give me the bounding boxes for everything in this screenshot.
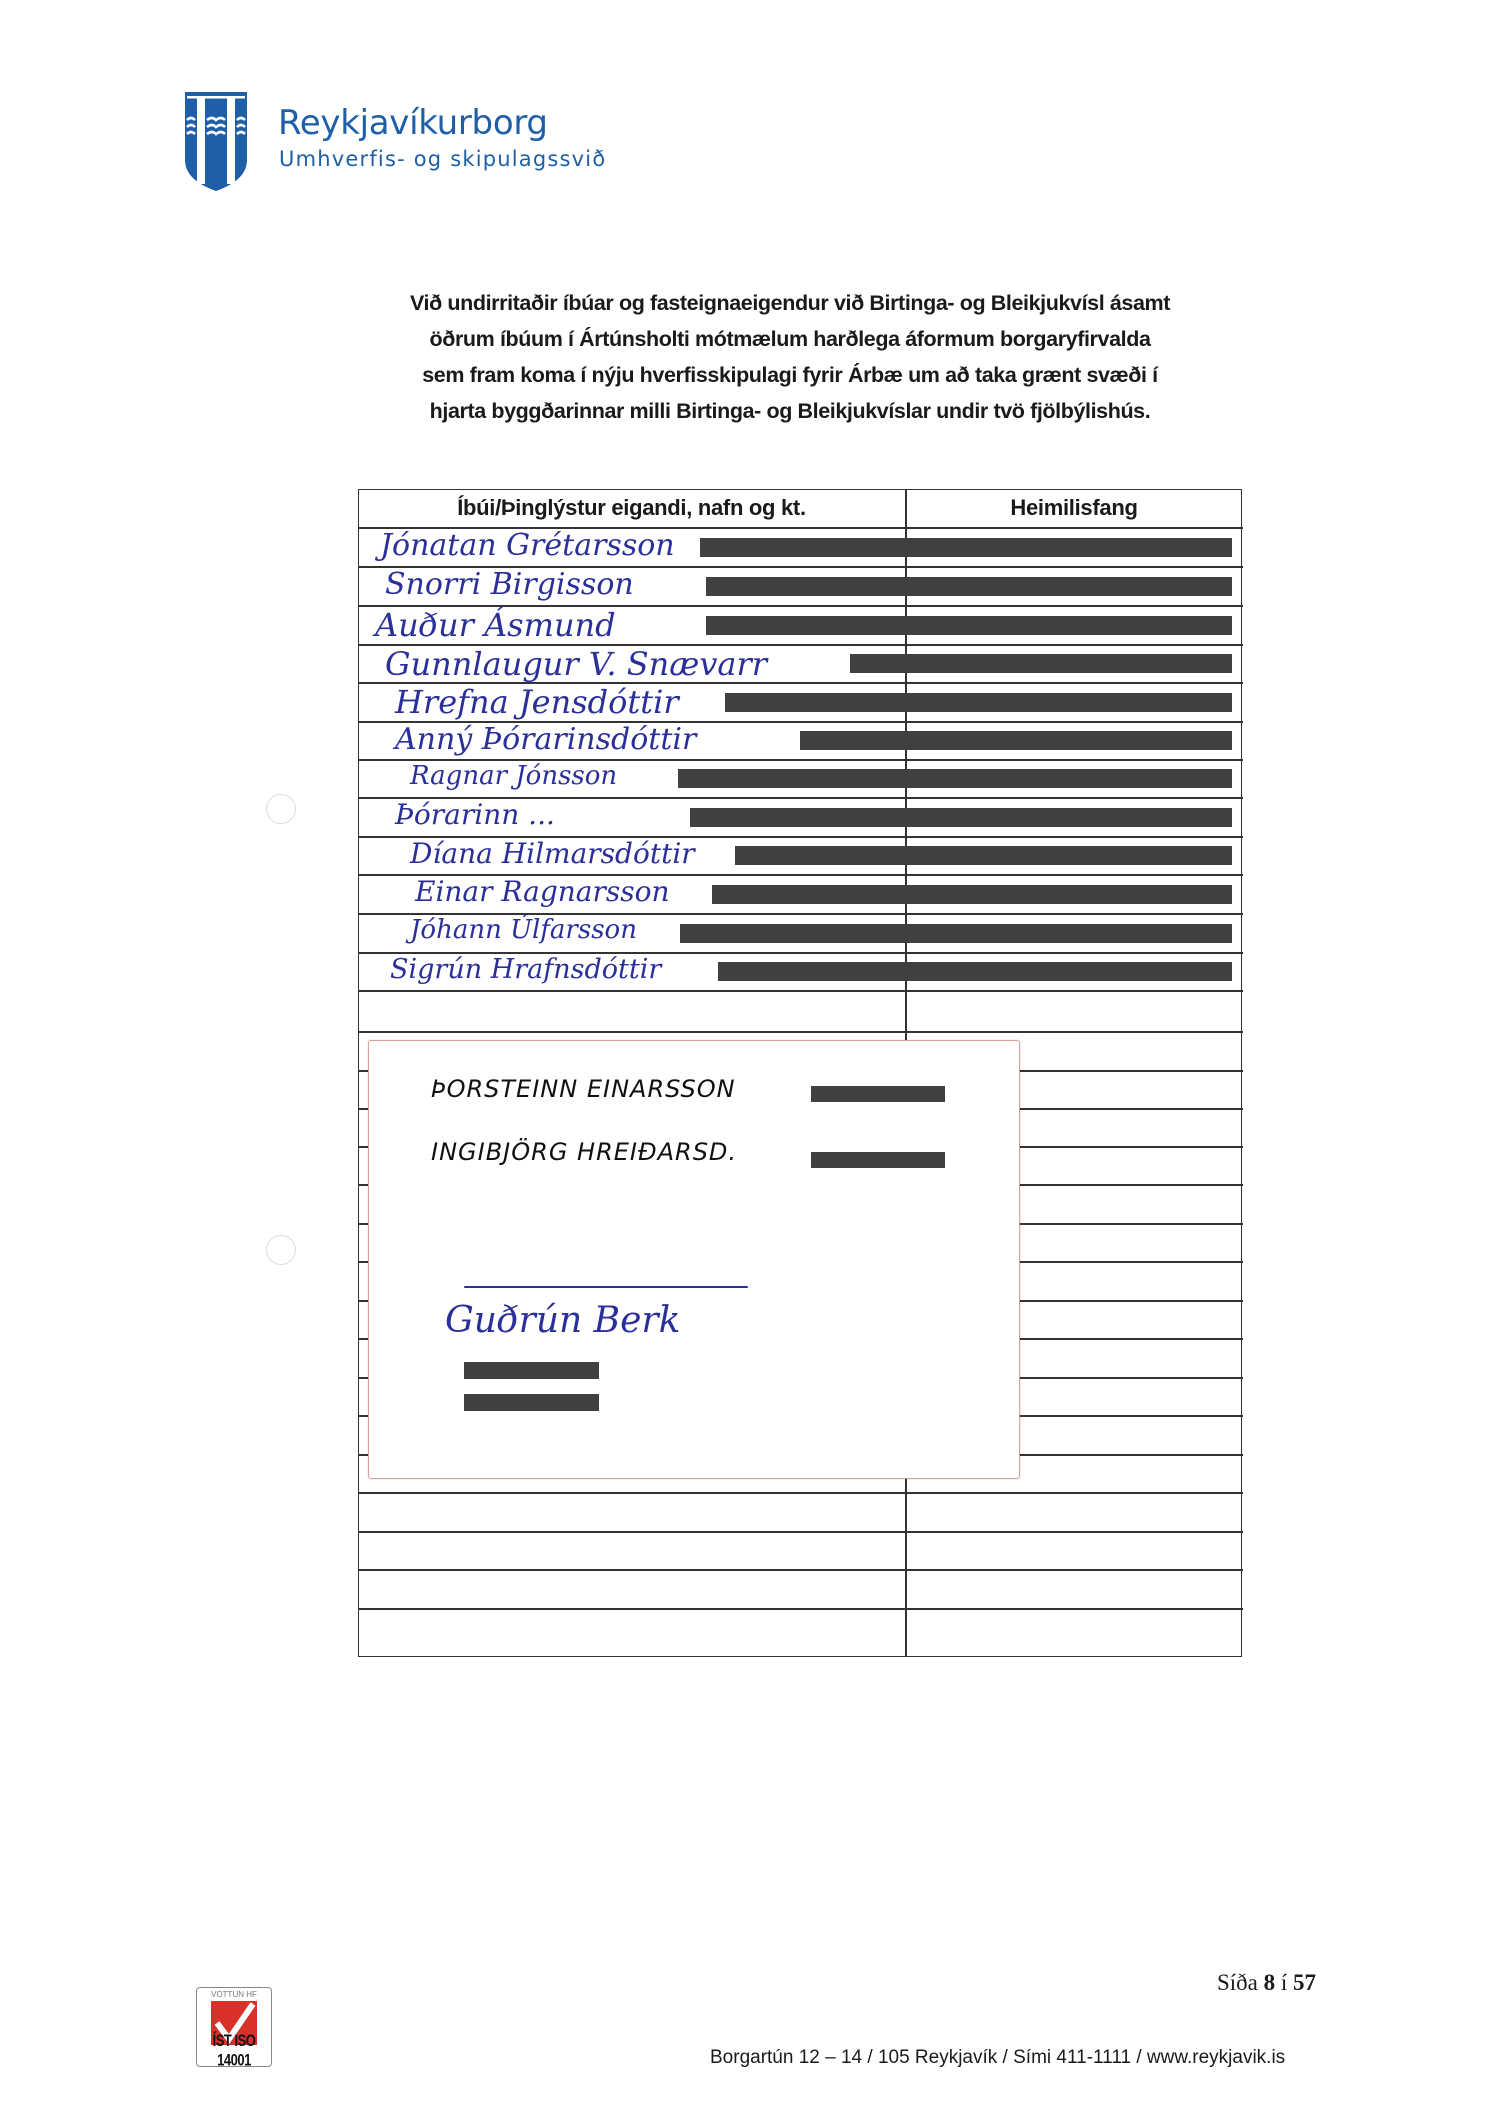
- signer-name: Ragnar Jónsson: [410, 763, 617, 789]
- signer-name: Sigrún Hrafnsdóttir: [390, 956, 661, 983]
- redacted-line: [464, 1394, 599, 1411]
- row-divider: [358, 1569, 1243, 1571]
- signer-name: Einar Ragnarsson: [415, 878, 670, 906]
- signer-name: Anný Þórarinsdóttir: [395, 725, 696, 755]
- signer-name: Hrefna Jensdóttir: [395, 686, 679, 718]
- petition-statement: Við undirritaðir íbúar og fasteignaeigen…: [340, 285, 1240, 429]
- redacted-address: [725, 693, 1232, 712]
- punch-hole: [266, 1235, 296, 1265]
- column-header-address: Heimilisfang: [906, 489, 1242, 527]
- signer-name: Gunnlaugur V. Snævarr: [385, 648, 767, 680]
- pen-stroke: [464, 1286, 748, 1288]
- redacted-address: [700, 538, 1232, 557]
- page-number: Síða 8 í 57: [1217, 1970, 1316, 1996]
- note-signature: Guðrún Berk: [445, 1303, 680, 1339]
- redacted-address: [706, 577, 1232, 596]
- signer-name: Snorri Birgisson: [385, 570, 634, 600]
- redacted-address: [811, 1086, 945, 1102]
- department-name: Umhverfis- og skipulagssvið: [279, 147, 606, 171]
- column-header-name: Íbúi/Þinglýstur eigandi, nafn og kt.: [358, 489, 905, 527]
- redacted-address: [800, 731, 1232, 750]
- org-name: Reykjavíkurborg: [278, 103, 548, 143]
- redacted-address: [690, 808, 1232, 827]
- signer-name: Jóhann Úlfarsson: [410, 917, 637, 943]
- statement-line: hjarta byggðarinnar milli Birtinga- og B…: [340, 393, 1240, 429]
- note-signature: INGIBJÖRG HREIÐARSD.: [431, 1138, 737, 1166]
- punch-hole: [266, 794, 296, 824]
- signer-name: Þórarinn ...: [395, 801, 555, 829]
- row-divider: [358, 1492, 1243, 1494]
- footer-address: Borgartún 12 – 14 / 105 Reykjavík / Sími…: [710, 2047, 1285, 2069]
- redacted-address: [811, 1152, 945, 1168]
- row-divider: [358, 1608, 1243, 1610]
- pasted-note: ÞORSTEINN EINARSSON INGIBJÖRG HREIÐARSD.…: [368, 1040, 1020, 1479]
- redacted-address: [712, 885, 1232, 904]
- cert-issuer: VOTTUN HF: [197, 1990, 271, 1999]
- signer-name: Díana Hilmarsdóttir: [410, 840, 695, 868]
- signer-name: Auður Ásmund: [375, 609, 616, 641]
- redacted-address: [680, 924, 1232, 943]
- row-divider: [358, 1531, 1243, 1533]
- signer-name: Jónatan Grétarsson: [380, 531, 675, 561]
- note-signature: ÞORSTEINN EINARSSON: [431, 1075, 736, 1103]
- redacted-address: [718, 962, 1232, 981]
- redacted-address: [850, 654, 1232, 673]
- redacted-line: [464, 1362, 599, 1379]
- row-divider: [358, 1031, 1243, 1033]
- row-divider: [358, 990, 1243, 992]
- statement-line: sem fram koma í nýju hverfisskipulagi fy…: [340, 357, 1240, 393]
- redacted-address: [706, 616, 1232, 635]
- statement-line: öðrum íbúum í Ártúnsholti mótmælum harðl…: [340, 321, 1240, 357]
- reykjavik-coat-of-arms-icon: [183, 90, 249, 193]
- iso-certification-badge: VOTTUN HF ÍST ISO 14001: [196, 1987, 272, 2067]
- cert-standard: ÍST ISO 14001: [197, 2031, 271, 2070]
- redacted-address: [735, 846, 1232, 865]
- redacted-address: [678, 769, 1232, 788]
- statement-line: Við undirritaðir íbúar og fasteignaeigen…: [340, 285, 1240, 321]
